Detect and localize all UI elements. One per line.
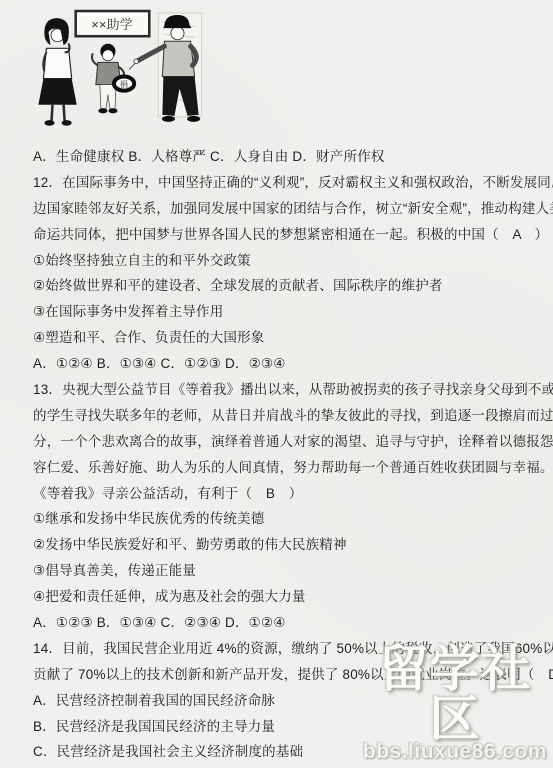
q13-item-1: ①继承和发扬中华民族优秀的传统美德 [33, 504, 549, 530]
q13-item-4: ④把爱和责任延伸，成为惠及社会的强大力量 [33, 582, 549, 608]
q12-item-3: ③在国际事务中发挥着主导作用 [33, 297, 549, 323]
q14-option-a: A．民营经济控制着我国的国民经济命脉 [33, 686, 549, 712]
cartoon-svg: ××助学 捐 [30, 8, 202, 136]
q11-options-line: A．生命健康权 B．人格尊严 C．人身自由 D．财产所作权 [33, 142, 549, 168]
q12-options-line: A．①②④ B．①③④ C．①②③ D．②③④ [33, 349, 549, 375]
q14-option-c: C．民营经济是我国社会主义经济制度的基础 [33, 737, 549, 763]
q12-stem-line-3: 命运共同体，把中国梦与世界各国人民的梦想紧密相通在一起。积极的中国（ A ） [33, 220, 549, 246]
q13-item-2: ②发扬中华民族爱好和平、勤劳勇敢的伟大民族精神 [33, 530, 549, 556]
q13-stem-line-2: 的学生寻找失联多年的老师，从昔日并肩战斗的挚友彼此的寻找，到追逐一段擦肩而过的缘 [33, 401, 549, 427]
cartoon-illustration: ××助学 捐 [30, 8, 202, 136]
q14-option-b: B．民营经济是我国国民经济的主导力量 [33, 712, 549, 738]
q13-stem-line-3: 分，一个个悲欢离合的故事，演绎着普通人对家的渴望、追寻与守护，诠释着以德报怨，宽 [33, 427, 549, 453]
q13-options-line: A．①②③ B．①③④ C．②③④ D．①②④ [33, 608, 549, 634]
q12-stem-line-2: 边国家睦邻友好关系，加强同发展中国家的团结与合作，树立“新安全观”，推动构建人类 [33, 194, 549, 220]
q13-stem-line-1: 13．央视大型公益节目《等着我》播出以来，从帮助被拐卖的孩子寻找亲身父母到不或之… [33, 375, 549, 401]
q12-item-1: ①始终坚持独立自主的和平外交政策 [33, 246, 549, 272]
sign-text: ××助学 [91, 17, 132, 32]
q12-item-2: ②始终做世界和平的建设者、全球发展的贡献者、国际秩序的维护者 [33, 271, 549, 297]
q14-stem-line-1: 14．目前，我国民营企业用近 4%的资源，缴纳了 50%以上的税收，创造了我国6… [33, 634, 549, 660]
q14-stem-line-2: 贡献了 70%以上的技术创新和新产品开发，提供了 80%以上的就业岗位。这表明（… [33, 660, 549, 686]
badge-text: 捐 [120, 79, 128, 89]
q12-stem-line-1: 12．在国际事务中，中国坚持正确的“义利观”，反对霸权主义和强权政治，不断发展同… [33, 168, 549, 194]
sign-board: ××助学 [76, 11, 150, 36]
q13-stem-line-5: 《等着我》寻亲公益活动，有利于（ B ） [33, 479, 549, 505]
q13-stem-line-4: 容仁爱、乐善好施、助人为乐的人间真情，努力帮助每一个普通百姓收获团圆与幸福。开展 [33, 453, 549, 479]
donation-badge: 捐 [114, 77, 134, 91]
child-figure: 捐 [92, 44, 134, 114]
exam-body: A．生命健康权 B．人格尊严 C．人身自由 D．财产所作权 12．在国际事务中，… [33, 142, 549, 763]
q12-item-4: ④塑造和平、合作、负责任的大国形象 [33, 323, 549, 349]
q13-item-3: ③倡导真善美，传递正能量 [33, 556, 549, 582]
woman-figure [38, 18, 76, 126]
